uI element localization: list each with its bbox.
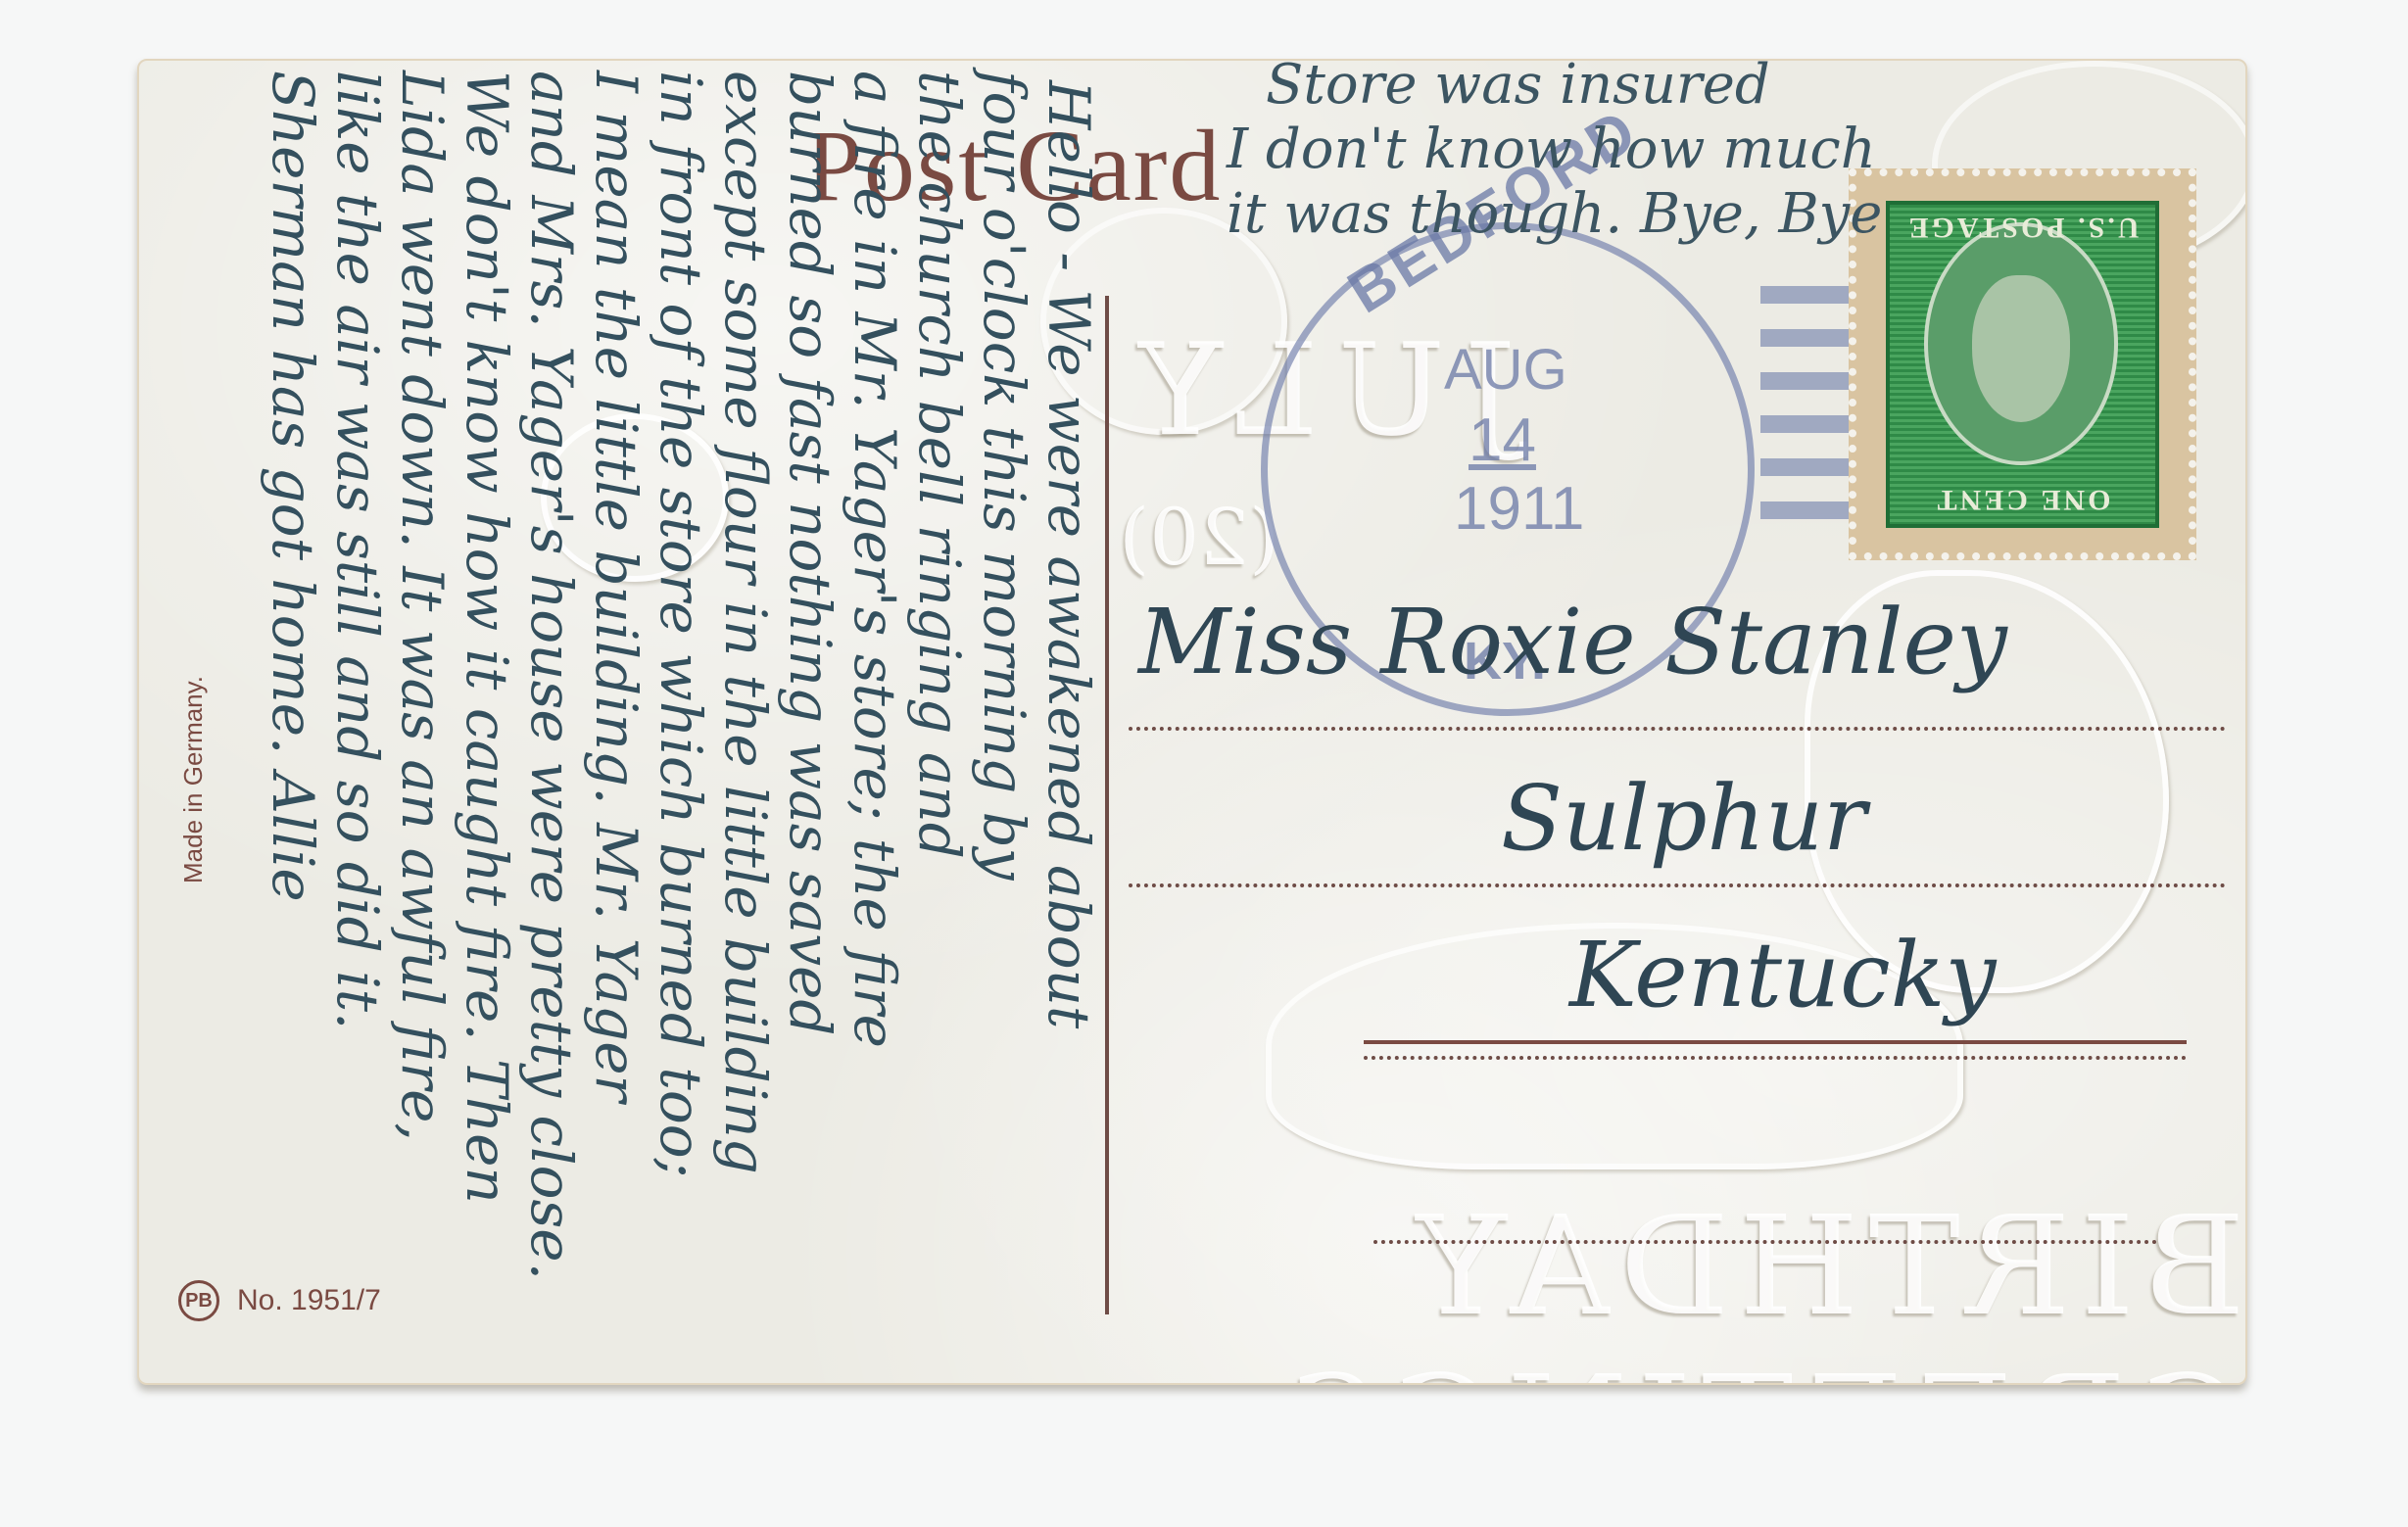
postcard: JULY (20) BIRTHDAY GREETINGS Post Card M…: [137, 59, 2247, 1385]
address-line-2: [1129, 883, 2226, 887]
postscript-line: I don't know how much: [1168, 118, 1882, 182]
printer-mark: PB No. 1951/7: [178, 1280, 381, 1321]
message-column: and Mrs. Yager's house were pretty close…: [523, 71, 580, 1280]
postage-stamp: ONE CENT U.S. POSTAGE: [1849, 168, 2196, 560]
address-line-3: [1364, 1056, 2187, 1060]
recipient-name: Miss Roxie Stanley: [1138, 590, 2007, 694]
postmark-day: 14: [1469, 406, 1536, 475]
message-column: the church bell ringing and: [911, 71, 968, 859]
message-column: in front of the store which burned too;: [652, 71, 709, 1177]
message-column: except some flour in the little building: [717, 71, 774, 1174]
message-column: like the air was still and so did it.: [329, 71, 386, 1029]
stamp-denomination: ONE CENT: [1890, 483, 2155, 516]
postscript-line: Store was insured: [1168, 59, 1882, 118]
portrait-icon: [1972, 275, 2070, 422]
stamp-country: U.S. POSTAGE: [1890, 211, 2155, 244]
message-column: a fire in Mr. Yager's store; the fire: [846, 71, 903, 1048]
embossed-greeting: BIRTHDAY GREETINGS: [688, 1187, 2245, 1385]
message-column: burned so fast nothing was saved: [782, 71, 839, 1036]
postscript-note: Store was insured I don't know how much …: [1168, 59, 1882, 247]
recipient-city: Sulphur: [1501, 766, 1866, 871]
postmark-year: 1911: [1454, 474, 1584, 544]
recipient-state: Kentucky: [1569, 923, 1996, 1027]
address-underline: [1364, 1040, 2187, 1044]
message-column: Sherman has got home. Allie: [265, 71, 321, 902]
address-line-1: [1129, 727, 2226, 731]
made-in-germany-label: Made in Germany.: [178, 676, 209, 883]
stamp-design: ONE CENT U.S. POSTAGE: [1886, 201, 2159, 528]
message-column: four o'clock this morning by: [976, 71, 1033, 881]
printer-number: No. 1951/7: [237, 1284, 381, 1317]
embossed-day: (20): [1119, 492, 1279, 583]
message-column: We don't know how it caught fire. Then: [458, 71, 515, 1204]
postmark-month: AUG: [1444, 337, 1567, 403]
postscript-line: it was though. Bye, Bye: [1168, 182, 1882, 247]
message-column: I mean the little building. Mr. Yager: [588, 71, 645, 1102]
message-address-divider: [1105, 296, 1109, 1314]
stamp-portrait-frame: [1924, 222, 2118, 465]
address-line-4: [1373, 1240, 2157, 1244]
message-column: Lida went down. It was an awful fire,: [394, 71, 451, 1141]
message-column: Hello - We were awakened about: [1040, 80, 1097, 1028]
publisher-logo-icon: PB: [178, 1280, 219, 1321]
